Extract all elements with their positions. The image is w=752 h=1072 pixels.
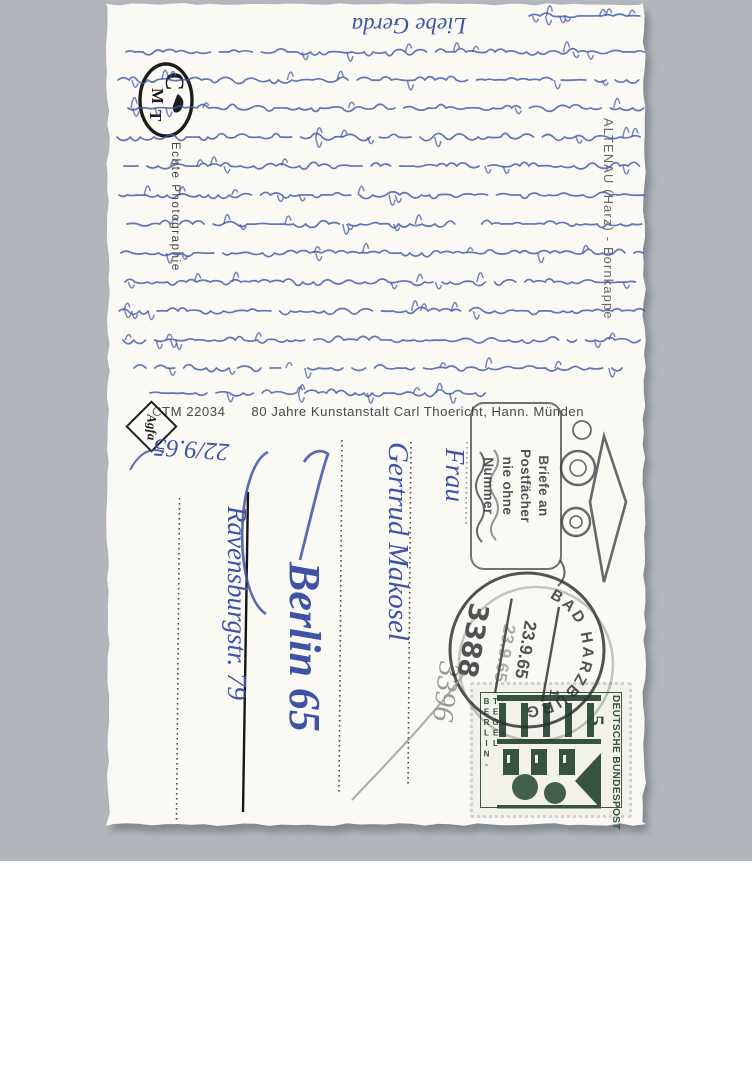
message-date: 22/9.65	[134, 411, 231, 465]
slogan-line: Postfächer	[516, 404, 534, 568]
slogan-line: Briefe an	[534, 404, 552, 568]
caption: ALTENAU (Harz) - Bornkappe	[601, 118, 616, 336]
message-salutation: Liebe Gerda	[300, 6, 518, 38]
postage-stamp: BERLIN-TEGEL DEUTSCHE BUNDESPOST 5	[470, 682, 632, 818]
scanner-background	[0, 0, 752, 861]
slogan-cancel: Briefe an Postfächer nie ohne Nummer	[470, 402, 562, 570]
publisher-imprint: Echte Photographie	[169, 142, 181, 304]
svg-text:M: M	[148, 88, 167, 104]
stamp-subject: BERLIN-TEGEL	[482, 697, 495, 813]
stamp-country: DEUTSCHE BUNDESPOST	[610, 695, 621, 813]
slogan-line: Nummer	[479, 404, 497, 568]
address-name: Gertrud Makosel	[381, 442, 414, 760]
svg-text:T: T	[146, 110, 165, 122]
cmt-publisher-logo: C M T	[130, 58, 208, 142]
address-street: Ravensburgstr. 79	[221, 506, 252, 818]
stamp-building-illustration	[497, 695, 607, 811]
address-city: Berlin 65	[279, 562, 330, 820]
slogan-line: nie ohne	[497, 404, 515, 568]
scanned-postcard-page: C M T Echte Photographie ALTENAU (Harz) …	[0, 0, 752, 1072]
address-title: Frau	[439, 448, 470, 564]
